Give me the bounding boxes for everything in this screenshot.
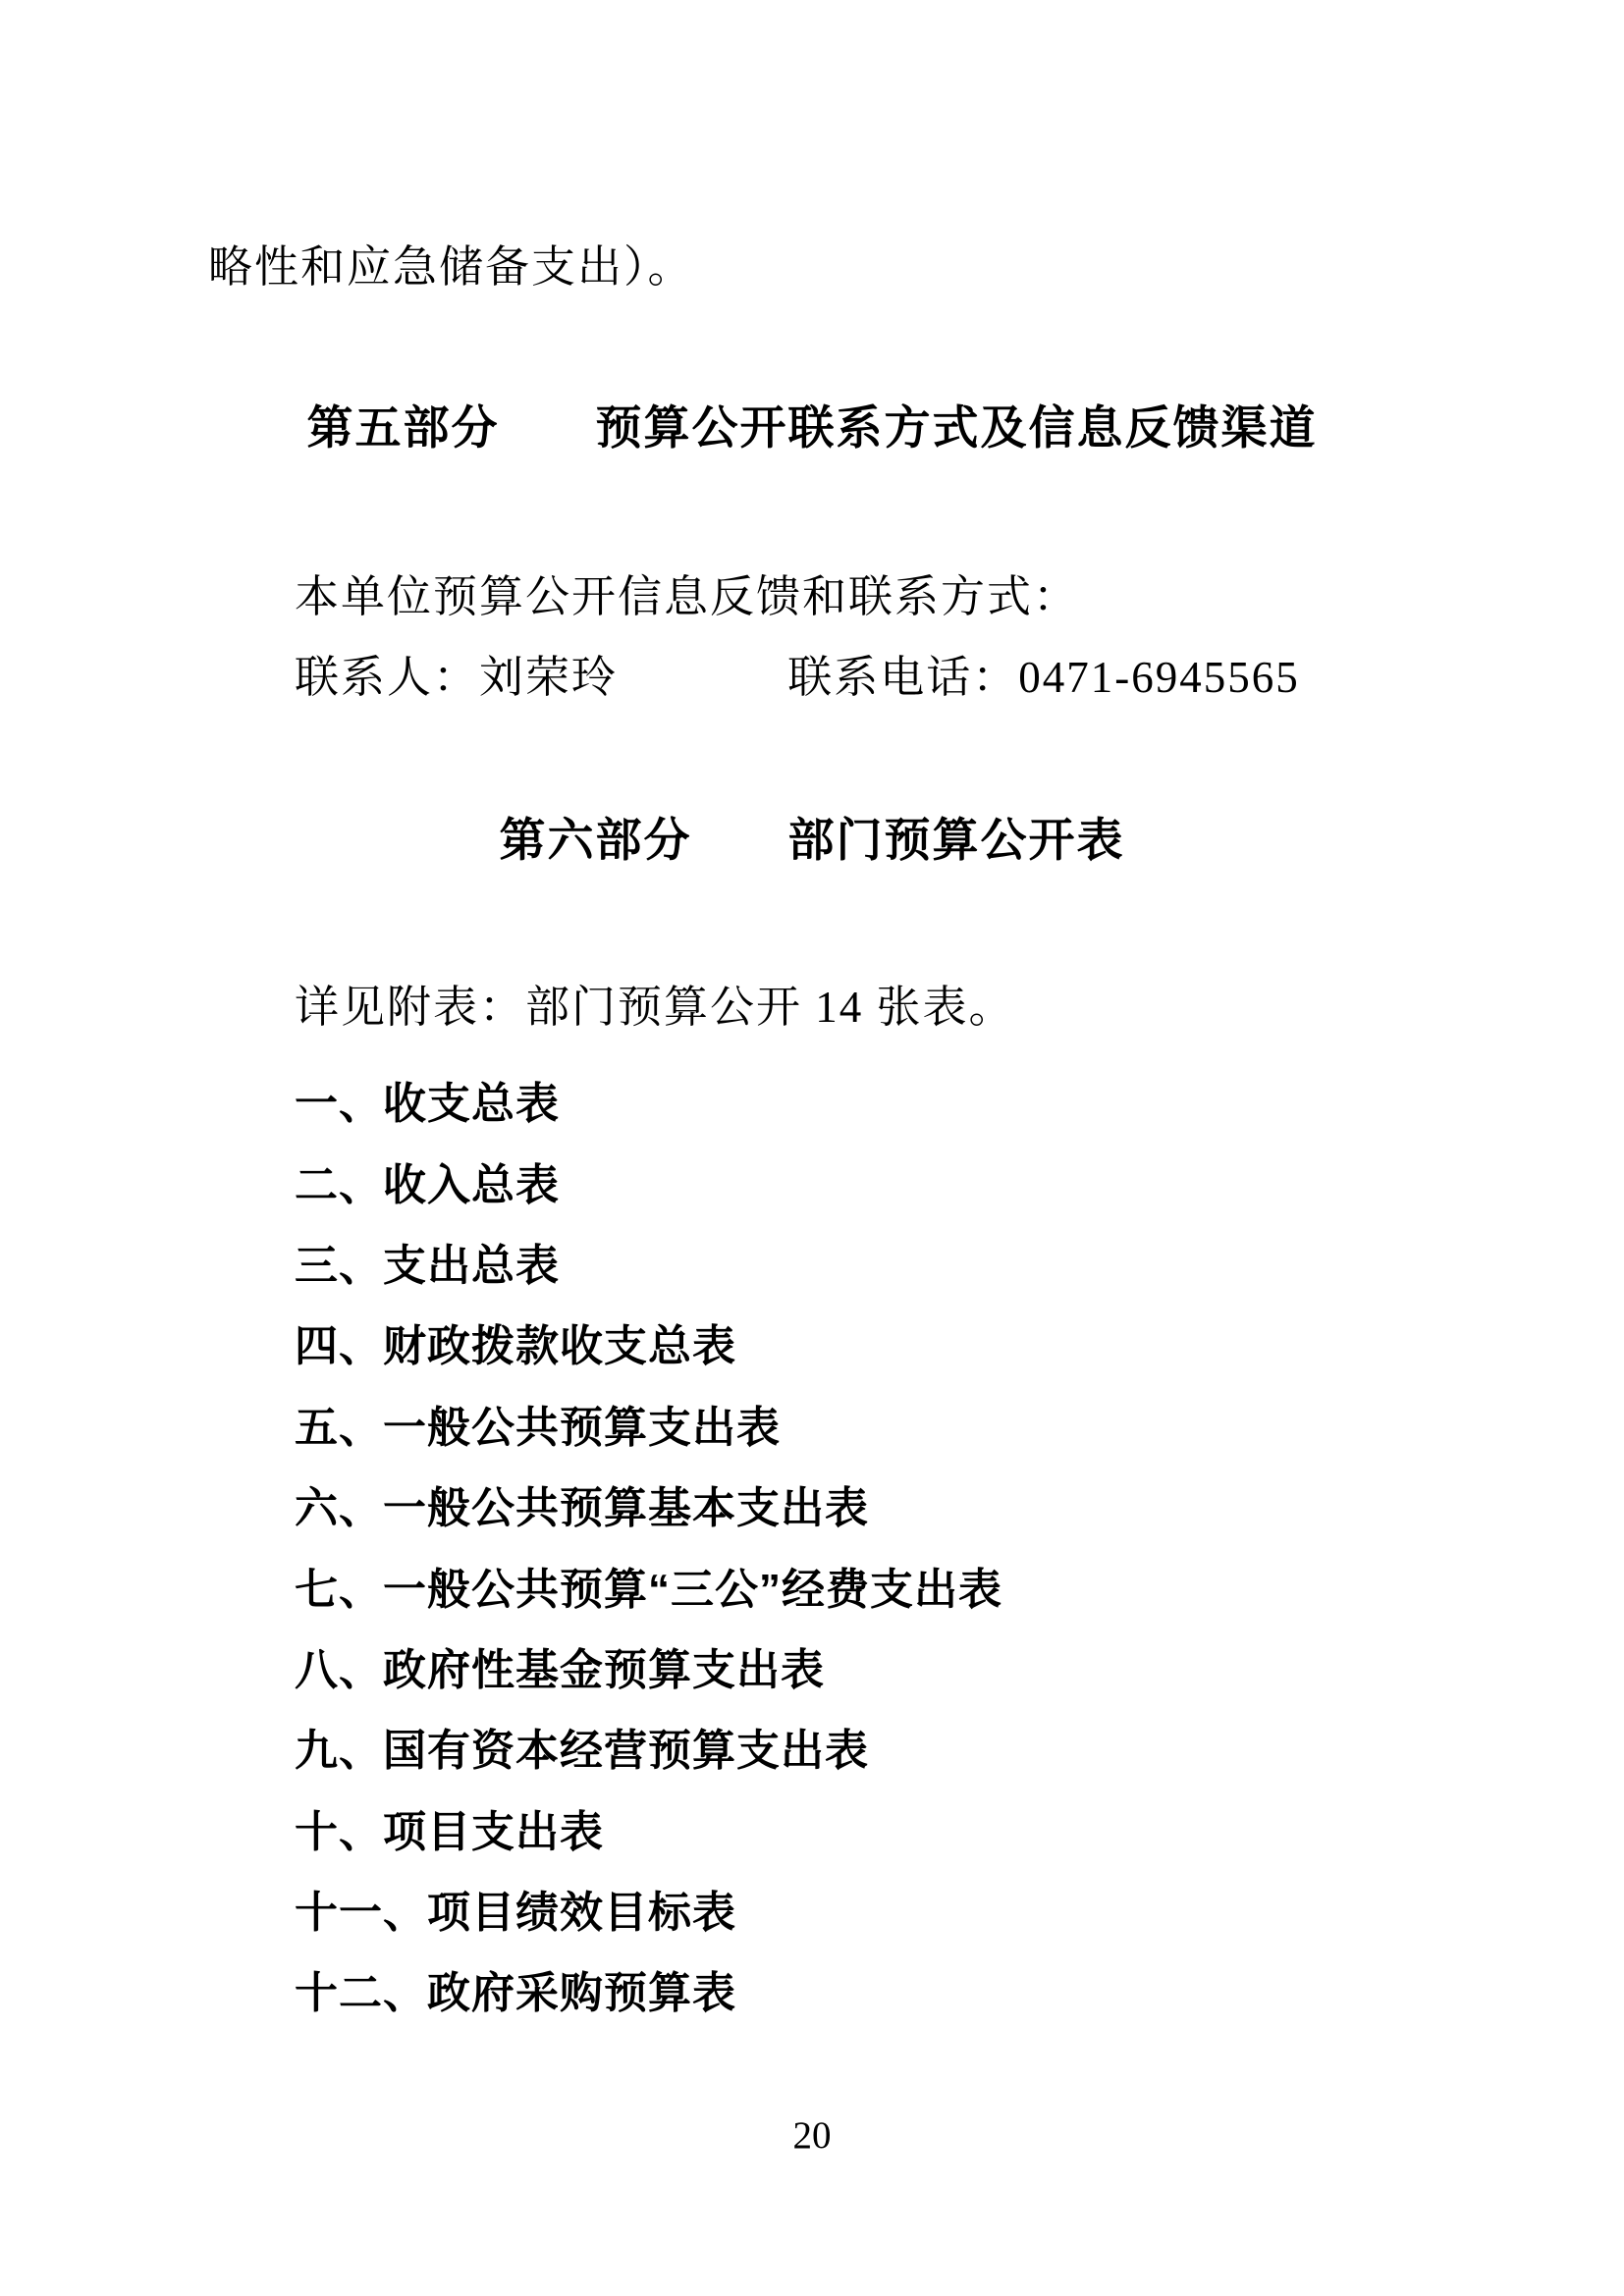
contact-phone: 联系电话：0471-6945565 [787,653,1300,702]
table-list-item-2: 二、收入总表 [295,1140,1002,1220]
table-list-item-7: 七、一般公共预算“三公”经费支出表 [295,1544,1002,1625]
section6-intro: 详见附表：部门预算公开 14 张表。 [295,980,1015,1035]
table-list-item-1: 一、收支总表 [295,1059,1002,1140]
contact-person: 联系人：刘荣玲 [295,653,618,702]
contact-row: 联系人：刘荣玲 联系电话：0471-6945565 [295,650,1300,705]
paragraph-continuation: 略性和应急储备支出）。 [208,240,694,294]
table-list-item-3: 三、支出总表 [295,1221,1002,1302]
section6-heading: 第六部分 部门预算公开表 [0,813,1624,871]
table-list-item-12: 十二、政府采购预算表 [295,1949,1002,2029]
page-number: 20 [0,2116,1624,2155]
table-list-item-4: 四、财政拨款收支总表 [295,1302,1002,1382]
budget-table-list: 一、收支总表 二、收入总表 三、支出总表 四、财政拨款收支总表 五、一般公共预算… [295,1059,1002,2030]
table-list-item-9: 九、国有资本经营预算支出表 [295,1706,1002,1787]
section5-heading: 第五部分 预算公开联系方式及信息反馈渠道 [0,400,1624,458]
table-list-item-5: 五、一般公共预算支出表 [295,1383,1002,1464]
table-list-item-6: 六、一般公共预算基本支出表 [295,1464,1002,1544]
table-list-item-10: 十、项目支出表 [295,1788,1002,1868]
document-page: 略性和应急储备支出）。 第五部分 预算公开联系方式及信息反馈渠道 本单位预算公开… [0,0,1624,2296]
table-list-item-11: 十一、项目绩效目标表 [295,1868,1002,1949]
table-list-item-8: 八、政府性基金预算支出表 [295,1626,1002,1706]
section5-intro: 本单位预算公开信息反馈和联系方式： [295,569,1079,624]
